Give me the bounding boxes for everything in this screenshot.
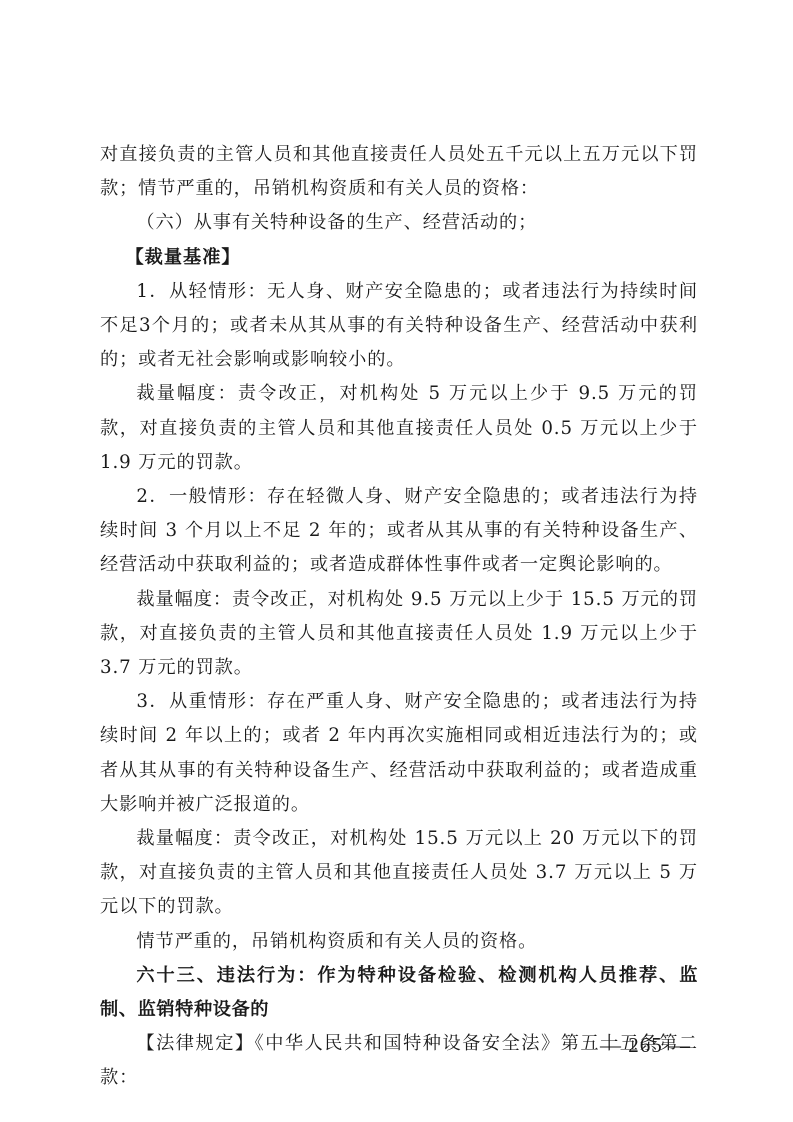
page-number: — 265 —	[600, 1033, 691, 1058]
law-reference-label: 【法律规定】	[136, 1033, 254, 1054]
section-heading-discretion-standard: 【裁量基准】	[100, 241, 698, 275]
paragraph-lenient-penalty-range: 裁量幅度：责令改正，对机构处 5 万元以上少于 9.5 万元的罚款，对直接负责的…	[100, 377, 698, 480]
document-page: 对直接负责的主管人员和其他直接责任人员处五千元以上五万元以下罚款；情节严重的，吊…	[100, 138, 698, 1096]
paragraph-general-circumstances: 2．一般情形：存在轻微人身、财产安全隐患的；或者违法行为持续时间 3 个月以上不…	[100, 480, 698, 583]
paragraph-general-penalty-range: 裁量幅度：责令改正，对机构处 9.5 万元以上少于 15.5 万元的罚款，对直接…	[100, 583, 698, 686]
paragraph-penalty-clause-continuation: 对直接负责的主管人员和其他直接责任人员处五千元以上五万元以下罚款；情节严重的，吊…	[100, 138, 698, 206]
paragraph-severe-penalty-range: 裁量幅度：责令改正，对机构处 15.5 万元以上 20 万元以下的罚款，对直接负…	[100, 822, 698, 925]
paragraph-serious-revocation: 情节严重的，吊销机构资质和有关人员的资格。	[100, 925, 698, 959]
paragraph-severe-circumstances: 3．从重情形：存在严重人身、财产安全隐患的；或者违法行为持续时间 2 年以上的；…	[100, 685, 698, 822]
section-heading-violation-63: 六十三、违法行为：作为特种设备检验、检测机构人员推荐、监制、监销特种设备的	[100, 959, 698, 1027]
paragraph-item-six: （六）从事有关特种设备的生产、经营活动的；	[100, 206, 698, 240]
paragraph-lenient-circumstances: 1．从轻情形：无人身、财产安全隐患的；或者违法行为持续时间不足3个月的；或者未从…	[100, 275, 698, 378]
